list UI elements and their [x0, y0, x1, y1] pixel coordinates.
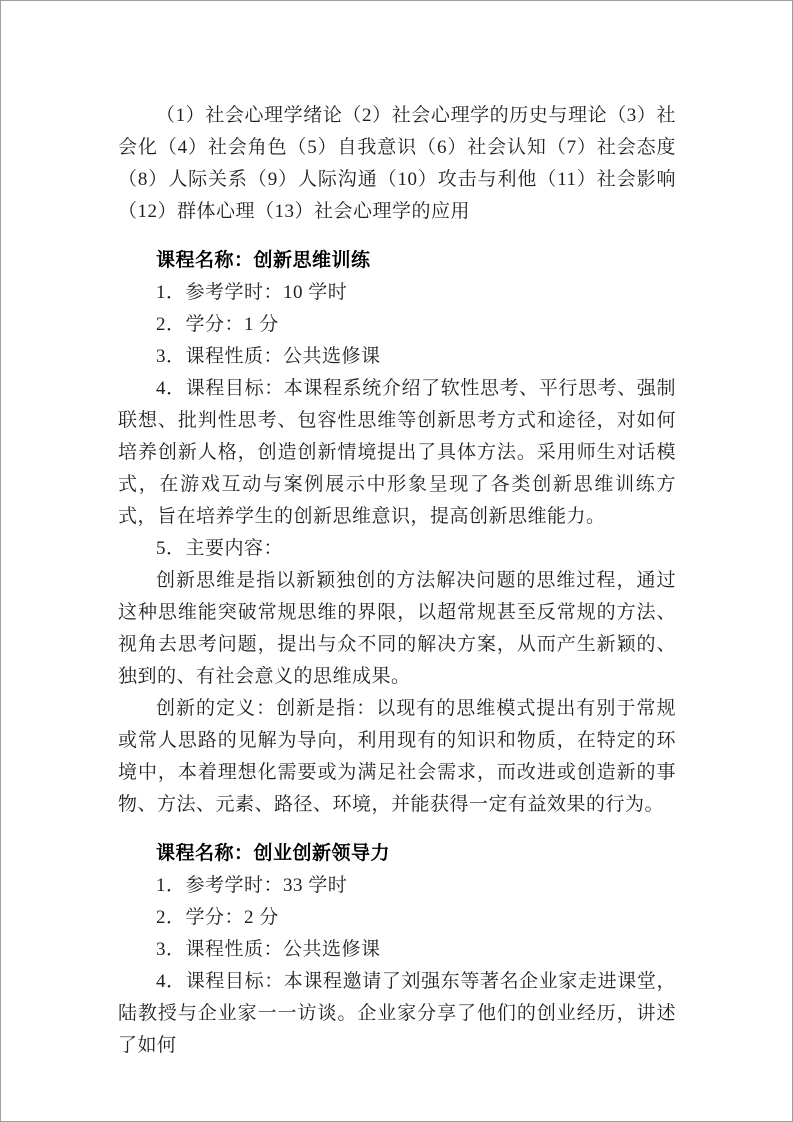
course-text-block: 3．课程性质：公共选修课 — [118, 341, 676, 373]
course-section: 课程名称：创业创新领导力1．参考学时：33 学时2．学分：2 分3．课程性质：公… — [118, 838, 676, 1062]
course-text-block: 2．学分：1 分 — [118, 309, 676, 341]
course-text-block: 2．学分：2 分 — [118, 902, 676, 934]
course-text-block: 1．参考学时：10 学时 — [118, 277, 676, 309]
course-text-block: 创新思维是指以新颖独创的方法解决问题的思维过程，通过这种思维能突破常规思维的界限… — [118, 565, 676, 693]
course-text-block: 5．主要内容： — [118, 533, 676, 565]
intro-paragraph: （1）社会心理学绪论（2）社会心理学的历史与理论（3）社会化（4）社会角色（5）… — [118, 100, 676, 228]
courses: 课程名称：创新思维训练1．参考学时：10 学时2．学分：1 分3．课程性质：公共… — [118, 245, 676, 1062]
course-section: 课程名称：创新思维训练1．参考学时：10 学时2．学分：1 分3．课程性质：公共… — [118, 245, 676, 821]
document-page: （1）社会心理学绪论（2）社会心理学的历史与理论（3）社会化（4）社会角色（5）… — [0, 0, 793, 1122]
course-text-block: 3．课程性质：公共选修课 — [118, 934, 676, 966]
course-text-block: 4．课程目标：本课程邀请了刘强东等著名企业家走进课堂，陆教授与企业家一一访谈。企… — [118, 966, 676, 1062]
course-text-block: 4．课程目标：本课程系统介绍了软性思考、平行思考、强制联想、批判性思考、包容性思… — [118, 373, 676, 533]
course-text-block: 创新的定义：创新是指：以现有的思维模式提出有别于常规或常人思路的见解为导向，利用… — [118, 693, 676, 821]
course-text-block: 1．参考学时：33 学时 — [118, 870, 676, 902]
course-title: 课程名称：创业创新领导力 — [118, 838, 676, 870]
course-title: 课程名称：创新思维训练 — [118, 245, 676, 277]
